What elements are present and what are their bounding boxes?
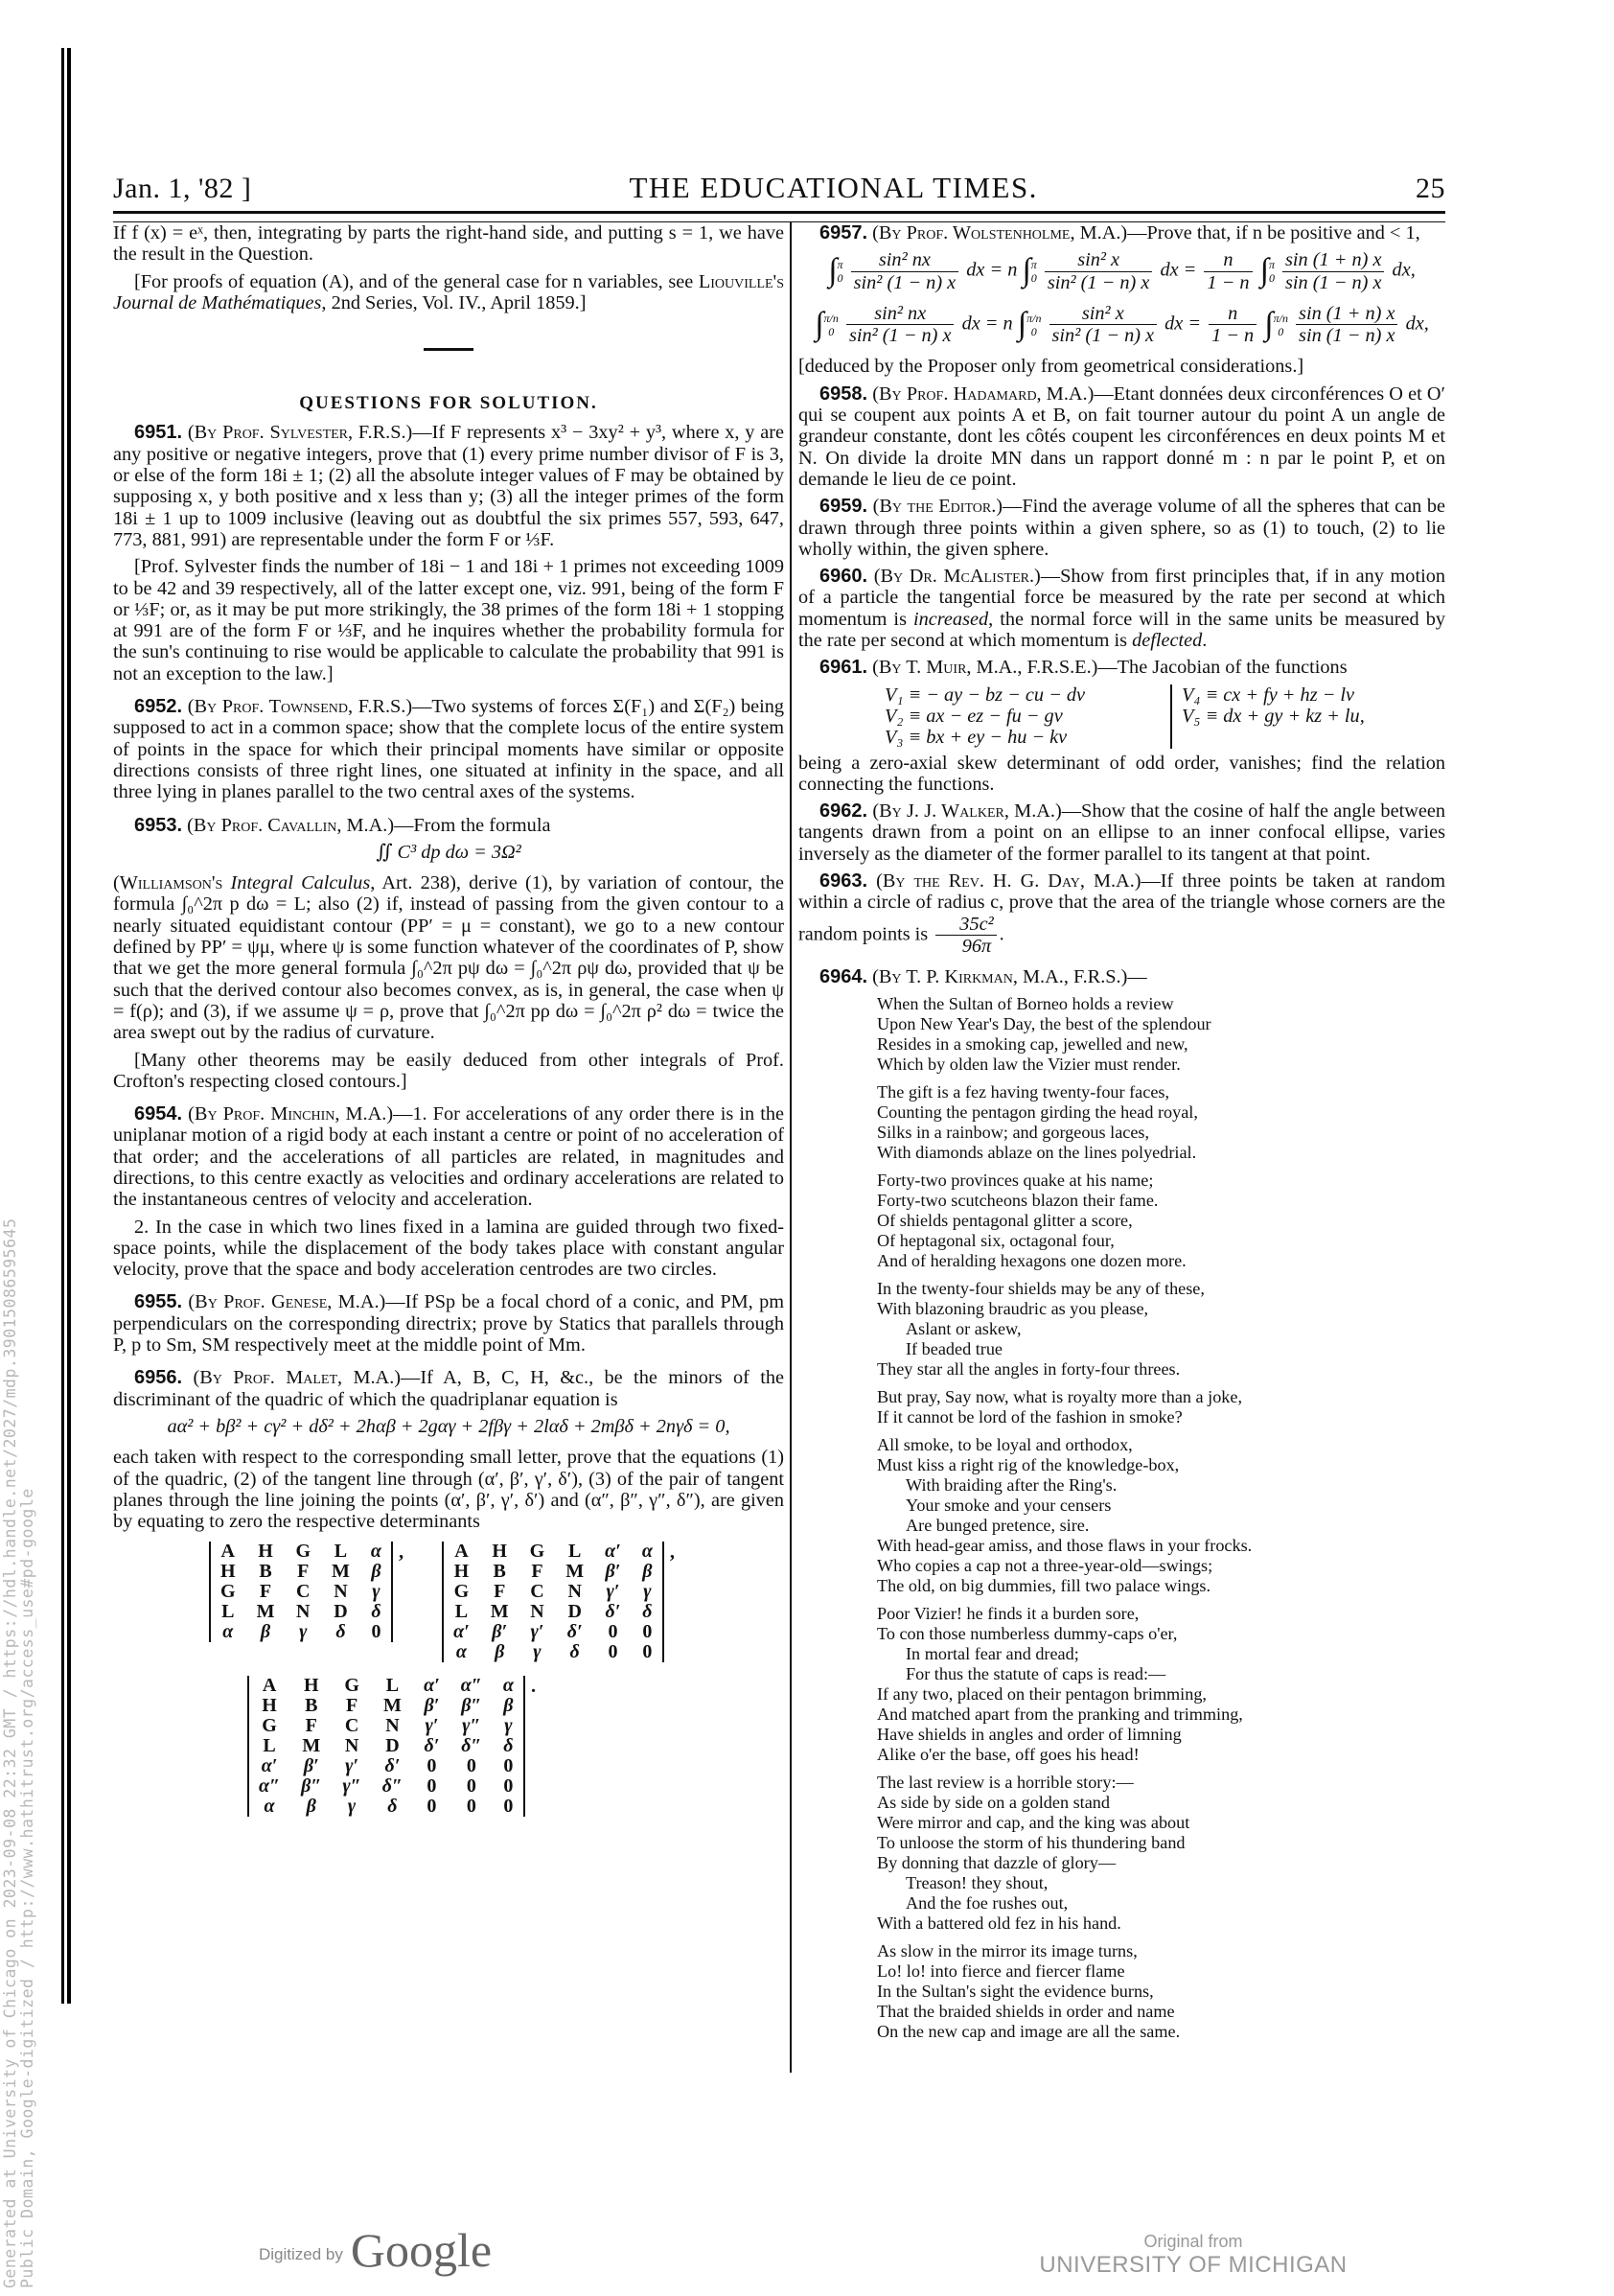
- poem-line: Alike o'er the base, off goes his head!: [877, 1745, 1445, 1765]
- poem-line: As side by side on a golden stand: [877, 1793, 1445, 1813]
- determinant-cell: α′: [424, 1676, 440, 1696]
- digitized-by-google: Digitized by Google: [259, 2222, 492, 2278]
- determinant-cell: M: [382, 1696, 403, 1716]
- poem-line: Lo! lo! into fierce and fiercer flame: [877, 1961, 1445, 1982]
- determinant-cell: 0: [461, 1756, 482, 1776]
- determinant-cell: C: [530, 1582, 545, 1602]
- question-6961: 6961. (By T. Muir, M.A., F.R.S.E.)—The J…: [798, 657, 1445, 678]
- determinant-cell: M: [491, 1602, 509, 1622]
- poem-stanza: The gift is a fez having twenty-four fac…: [877, 1082, 1445, 1163]
- question-6953: 6953. (By Prof. Cavallin, M.A.)—From the…: [113, 815, 784, 836]
- determinant-cell: N: [530, 1602, 545, 1622]
- determinant-cell: M: [565, 1562, 584, 1582]
- determinant-cell: 0: [503, 1776, 514, 1797]
- poem-line: The last review is a horrible story:—: [877, 1773, 1445, 1793]
- poem-line: All smoke, to be loyal and orthodox,: [877, 1435, 1445, 1455]
- determinant-cell: β′: [605, 1562, 621, 1582]
- original-source: Original from UNIVERSITY OF MICHIGAN: [1016, 2232, 1371, 2279]
- poem-line: In the Sultan's sight the evidence burns…: [877, 1982, 1445, 2002]
- poem-line: The old, on big dummies, fill two palace…: [877, 1576, 1445, 1596]
- determinant-cell: β: [257, 1622, 275, 1642]
- quadric-equation: aα² + bβ² + cγ² + dδ² + 2hαβ + 2gαγ + 2f…: [113, 1416, 784, 1437]
- determinant-cell: γ′: [342, 1756, 360, 1776]
- poem-line: But pray, Say now, what is royalty more …: [877, 1387, 1445, 1407]
- poem-line: Silks in a rainbow; and gorgeous laces,: [877, 1123, 1445, 1143]
- determinant-cell: γ: [642, 1582, 653, 1602]
- determinant-cell: α′: [453, 1622, 470, 1642]
- determinant-cell: β″: [301, 1776, 321, 1797]
- determinant-cell: F: [301, 1716, 321, 1736]
- determinant-cell: γ: [371, 1582, 381, 1602]
- poem-line: With braiding after the Ring's.: [877, 1475, 1445, 1496]
- determinant-cell: β: [642, 1562, 653, 1582]
- determinant-cell: D: [332, 1602, 350, 1622]
- determinant-cell: 0: [642, 1622, 653, 1642]
- issue-date: Jan. 1, '82 ]: [113, 173, 251, 205]
- determinant-cell: γ: [530, 1642, 545, 1662]
- poem-line: Must kiss a right rig of the knowledge-b…: [877, 1455, 1445, 1475]
- determinant-cell: α′: [605, 1542, 621, 1562]
- determinant-cell: α″: [259, 1776, 280, 1797]
- determinant-cell: 0: [605, 1642, 621, 1662]
- left-column: If f (x) = eˣ, then, integrating by part…: [113, 222, 784, 1817]
- poem-line: Your smoke and your censers: [877, 1496, 1445, 1516]
- determinant-cell: β′: [491, 1622, 509, 1642]
- poem-line: In mortal fear and dread;: [877, 1644, 1445, 1664]
- poem-line: And of heralding hexagons one dozen more…: [877, 1251, 1445, 1271]
- determinant-cell: A: [259, 1676, 280, 1696]
- determinant-cell: 0: [371, 1622, 381, 1642]
- determinant-cell: γ″: [461, 1716, 482, 1736]
- determinant-cell: 0: [503, 1756, 514, 1776]
- integral-equation-2: ∫π/n0 sin² nxsin² (1 − n) x dx = n ∫π/n0…: [798, 303, 1445, 347]
- functions-right: V₄ ≡ cx + fy + hz − lv V₅ ≡ dx + gy + kz…: [1172, 684, 1460, 749]
- determinant-cell: δ″: [382, 1776, 403, 1797]
- watermark-line-1: Generated at University of Chicago on 20…: [1, 1218, 19, 2288]
- watermark-line-2: Public Domain, Google-digitized / http:/…: [18, 1488, 36, 2288]
- determinant-cell: M: [332, 1562, 350, 1582]
- determinant-cell: δ: [382, 1797, 403, 1817]
- determinant-cell: δ: [332, 1622, 350, 1642]
- poem-line: The gift is a fez having twenty-four fac…: [877, 1082, 1445, 1102]
- determinant-cell: G: [295, 1542, 311, 1562]
- determinant-cell: δ′: [382, 1756, 403, 1776]
- poem-line: With diamonds ablaze on the lines polyed…: [877, 1143, 1445, 1163]
- poem-line: And the foe rushes out,: [877, 1893, 1445, 1913]
- determinant-cell: G: [342, 1676, 360, 1696]
- poem-line: For thus the statute of caps is read:—: [877, 1664, 1445, 1684]
- question-6963: 6963. (By the Rev. H. G. Day, M.A.)—If t…: [798, 870, 1445, 957]
- determinant-cell: B: [491, 1562, 509, 1582]
- determinant-cell: β′: [424, 1696, 440, 1716]
- determinant-cell: β: [371, 1562, 381, 1582]
- determinant-cell: H: [220, 1562, 236, 1582]
- poem-line: Of heptagonal six, octagonal four,: [877, 1231, 1445, 1251]
- question-6952: 6952. (By Prof. Townsend, F.R.S.)—Two sy…: [113, 696, 784, 802]
- poem-line: Resides in a smoking cap, jewelled and n…: [877, 1034, 1445, 1055]
- determinant-cell: 0: [424, 1756, 440, 1776]
- poem-line: And matched apart from the pranking and …: [877, 1705, 1445, 1725]
- poem-line: Were mirror and cap, and the king was ab…: [877, 1813, 1445, 1833]
- poem: When the Sultan of Borneo holds a review…: [877, 994, 1445, 2042]
- determinant-cell: γ: [503, 1716, 514, 1736]
- determinant-cell: H: [259, 1696, 280, 1716]
- determinant-cell: β: [301, 1797, 321, 1817]
- question-6956-body: each taken with respect to the correspon…: [113, 1447, 784, 1532]
- determinant-cell: G: [453, 1582, 470, 1602]
- poem-line: By donning that dazzle of glory—: [877, 1853, 1445, 1873]
- determinant-cell: F: [530, 1562, 545, 1582]
- determinant-cell: γ′: [530, 1622, 545, 1642]
- question-6959: 6959. (By the Editor.)—Find the average …: [798, 496, 1445, 560]
- poem-line: With a battered old fez in his hand.: [877, 1913, 1445, 1934]
- publication-title: THE EDUCATIONAL TIMES.: [629, 171, 1038, 205]
- integral-equation-1: ∫π0 sin² nxsin² (1 − n) x dx = n ∫π0 sin…: [798, 249, 1445, 293]
- poem-stanza: The last review is a horrible story:—As …: [877, 1773, 1445, 1934]
- determinant-cell: α: [503, 1676, 514, 1696]
- question-6957: 6957. (By Prof. Wolstenholme, M.A.)—Prov…: [798, 222, 1445, 244]
- determinant-cell: L: [332, 1542, 350, 1562]
- determinant-grid: AHGLα′α″αHBFMβ′β″βGFCNγ′γ″γLMNDδ′δ″δα′β′…: [247, 1676, 525, 1817]
- page-header: Jan. 1, '82 ] THE EDUCATIONAL TIMES. 25: [113, 171, 1445, 205]
- google-logo: Google: [351, 2222, 492, 2278]
- formula-double-integral: ∬ C³ dp dω = 3Ω²: [113, 842, 784, 863]
- determinant-cell: β: [491, 1642, 509, 1662]
- determinant-cell: α″: [461, 1676, 482, 1696]
- determinant-cell: F: [257, 1582, 275, 1602]
- column-divider: [790, 222, 792, 2073]
- determinant-cell: L: [220, 1602, 236, 1622]
- determinant-1: AHGLαHBFMβGFCNγLMNDδαβγδ0 ,: [209, 1542, 403, 1662]
- determinant-cell: δ: [565, 1642, 584, 1662]
- poem-line: Forty-two provinces quake at his name;: [877, 1171, 1445, 1191]
- determinant-cell: 0: [424, 1797, 440, 1817]
- determinant-cell: D: [382, 1736, 403, 1756]
- determinant-cell: C: [342, 1716, 360, 1736]
- determinant-cell: δ′: [605, 1602, 621, 1622]
- determinant-cell: F: [491, 1582, 509, 1602]
- poem-line: They star all the angles in forty-four t…: [877, 1359, 1445, 1380]
- question-6951: 6951. (By Prof. Sylvester, F.R.S.)—If F …: [113, 422, 784, 550]
- poem-line: Aslant or askew,: [877, 1319, 1445, 1339]
- area-fraction: 35c²96π: [935, 914, 996, 958]
- determinant-cell: F: [295, 1562, 311, 1582]
- poem-stanza: All smoke, to be loyal and orthodox,Must…: [877, 1435, 1445, 1596]
- poem-line: To unloose the storm of his thundering b…: [877, 1833, 1445, 1853]
- question-6964: 6964. (By T. P. Kirkman, M.A., F.R.S.)—: [798, 966, 1445, 987]
- determinant-cell: 0: [461, 1776, 482, 1797]
- page-number: 25: [1416, 173, 1445, 205]
- determinant-2: AHGLα′αHBFMβ′βGFCNγ′γLMNDδ′δα′β′γ′δ′00αβ…: [442, 1542, 675, 1662]
- poem-line: In the twenty-four shields may be any of…: [877, 1279, 1445, 1299]
- question-6957-note: [deduced by the Proposer only from geome…: [798, 356, 1445, 377]
- determinant-cell: L: [382, 1676, 403, 1696]
- poem-line: As slow in the mirror its image turns,: [877, 1941, 1445, 1961]
- determinant-cell: β′: [301, 1756, 321, 1776]
- determinant-cell: δ′: [565, 1622, 584, 1642]
- header-rule: [113, 211, 1445, 222]
- determinant-3: AHGLα′α″αHBFMβ′β″βGFCNγ′γ″γLMNDδ′δ″δα′β′…: [247, 1676, 536, 1817]
- functions-left: V₁ ≡ − ay − bz − cu − dv V₂ ≡ ax − ez − …: [885, 684, 1172, 749]
- determinant-cell: N: [295, 1602, 311, 1622]
- poem-stanza: When the Sultan of Borneo holds a review…: [877, 994, 1445, 1075]
- determinant-cell: α: [220, 1622, 236, 1642]
- poem-line: Are bunged pretence, sire.: [877, 1516, 1445, 1536]
- hathitrust-watermark: Generated at University of Chicago on 20…: [0, 0, 44, 2296]
- determinant-cell: D: [565, 1602, 584, 1622]
- determinant-cell: γ′: [424, 1716, 440, 1736]
- question-6953-body: (Williamson's Integral Calculus, Art. 23…: [113, 872, 784, 1043]
- determinant-cell: G: [220, 1582, 236, 1602]
- poem-line: Which by olden law the Vizier must rende…: [877, 1055, 1445, 1075]
- question-6956: 6956. (By Prof. Malet, M.A.)—If A, B, C,…: [113, 1367, 784, 1410]
- determinant-cell: N: [565, 1582, 584, 1602]
- question-6958: 6958. (By Prof. Hadamard, M.A.)—Etant do…: [798, 383, 1445, 490]
- poem-line: With blazoning braudric as you please,: [877, 1299, 1445, 1319]
- determinant-cell: α: [642, 1542, 653, 1562]
- question-6960: 6960. (By Dr. McAlister.)—Show from firs…: [798, 566, 1445, 651]
- determinant-cell: 0: [605, 1622, 621, 1642]
- determinant-cell: γ′: [605, 1582, 621, 1602]
- question-6962: 6962. (By J. J. Walker, M.A.)—Show that …: [798, 800, 1445, 865]
- intro-reference: [For proofs of equation (A), and of the …: [113, 271, 784, 314]
- determinant-cell: γ″: [342, 1776, 360, 1797]
- determinant-cell: L: [259, 1736, 280, 1756]
- jacobian-functions: V₁ ≡ − ay − bz − cu − dv V₂ ≡ ax − ez − …: [885, 684, 1445, 749]
- determinant-cell: δ: [371, 1602, 381, 1622]
- determinant-cell: β″: [461, 1696, 482, 1716]
- poem-stanza: As slow in the mirror its image turns,Lo…: [877, 1941, 1445, 2042]
- question-6951-note: [Prof. Sylvester finds the number of 18i…: [113, 556, 784, 684]
- poem-line: With head-gear amiss, and those flaws in…: [877, 1536, 1445, 1556]
- question-6954: 6954. (By Prof. Minchin, M.A.)—1. For ac…: [113, 1103, 784, 1210]
- determinant-cell: δ: [503, 1736, 514, 1756]
- determinant-cell: δ″: [461, 1736, 482, 1756]
- determinant-grid: AHGLαHBFMβGFCNγLMNDδαβγδ0: [209, 1542, 393, 1642]
- poem-line: Treason! they shout,: [877, 1873, 1445, 1893]
- determinant-cell: L: [565, 1542, 584, 1562]
- determinant-cell: γ: [295, 1622, 311, 1642]
- poem-line: Poor Vizier! he finds it a burden sore,: [877, 1604, 1445, 1624]
- determinant-cell: α: [453, 1642, 470, 1662]
- page-binding-edge: [61, 48, 71, 2004]
- poem-line: When the Sultan of Borneo holds a review: [877, 994, 1445, 1014]
- question-6954-part-2: 2. In the case in which two lines fixed …: [113, 1217, 784, 1281]
- determinant-cell: N: [342, 1736, 360, 1756]
- determinant-cell: H: [301, 1676, 321, 1696]
- determinant-cell: α: [259, 1797, 280, 1817]
- determinant-cell: 0: [424, 1776, 440, 1797]
- poem-line: If it cannot be lord of the fashion in s…: [877, 1407, 1445, 1427]
- poem-line: If beaded true: [877, 1339, 1445, 1359]
- poem-stanza: In the twenty-four shields may be any of…: [877, 1279, 1445, 1380]
- intro-paragraph: If f (x) = eˣ, then, integrating by part…: [113, 222, 784, 266]
- determinant-cell: N: [382, 1716, 403, 1736]
- determinant-cell: α: [371, 1542, 381, 1562]
- determinant-cell: G: [259, 1716, 280, 1736]
- determinant-cell: δ: [642, 1602, 653, 1622]
- determinant-cell: γ: [342, 1797, 360, 1817]
- poem-line: That the braided shields in order and na…: [877, 2002, 1445, 2022]
- determinant-cell: 0: [461, 1797, 482, 1817]
- determinant-cell: A: [453, 1542, 470, 1562]
- section-title: QUESTIONS FOR SOLUTION.: [113, 393, 784, 414]
- poem-line: Have shields in angles and order of limn…: [877, 1725, 1445, 1745]
- poem-line: To con those numberless dummy-caps o'er,: [877, 1624, 1445, 1644]
- determinant-cell: A: [220, 1542, 236, 1562]
- poem-line: Of shields pentagonal glitter a score,: [877, 1211, 1445, 1231]
- question-6961-body: being a zero-axial skew determinant of o…: [798, 753, 1445, 796]
- determinant-cell: B: [257, 1562, 275, 1582]
- question-6955: 6955. (By Prof. Genese, M.A.)—If PSp be …: [113, 1291, 784, 1356]
- determinant-cell: H: [491, 1542, 509, 1562]
- poem-line: Upon New Year's Day, the best of the spl…: [877, 1014, 1445, 1034]
- determinant-cell: α′: [259, 1756, 280, 1776]
- right-column: 6957. (By Prof. Wolstenholme, M.A.)—Prov…: [798, 222, 1445, 2050]
- determinant-cell: M: [257, 1602, 275, 1622]
- determinant-cell: H: [257, 1542, 275, 1562]
- determinant-cell: B: [301, 1696, 321, 1716]
- determinant-cell: δ′: [424, 1736, 440, 1756]
- determinants-row: AHGLαHBFMβGFCNγLMNDδαβγδ0 , AHGLα′αHBFMβ…: [209, 1542, 784, 1662]
- determinant-cell: H: [453, 1562, 470, 1582]
- determinant-cell: C: [295, 1582, 311, 1602]
- poem-line: Counting the pentagon girding the head r…: [877, 1102, 1445, 1123]
- determinant-cell: 0: [503, 1797, 514, 1817]
- determinant-grid: AHGLα′αHBFMβ′βGFCNγ′γLMNDδ′δα′β′γ′δ′00αβ…: [442, 1542, 664, 1662]
- question-6953-note: [Many other theorems may be easily deduc…: [113, 1050, 784, 1093]
- determinant-cell: G: [530, 1542, 545, 1562]
- determinant-cell: β: [503, 1696, 514, 1716]
- poem-stanza: Poor Vizier! he finds it a burden sore,T…: [877, 1604, 1445, 1765]
- poem-line: If any two, placed on their pentagon bri…: [877, 1684, 1445, 1705]
- poem-line: Who copies a cap not a three-year-old—sw…: [877, 1556, 1445, 1576]
- poem-line: Forty-two scutcheons blazon their fame.: [877, 1191, 1445, 1211]
- determinant-cell: F: [342, 1696, 360, 1716]
- determinant-cell: 0: [642, 1642, 653, 1662]
- determinant-cell: N: [332, 1582, 350, 1602]
- poem-stanza: But pray, Say now, what is royalty more …: [877, 1387, 1445, 1427]
- determinant-cell: M: [301, 1736, 321, 1756]
- determinant-cell: L: [453, 1602, 470, 1622]
- poem-line: On the new cap and image are all the sam…: [877, 2022, 1445, 2042]
- poem-stanza: Forty-two provinces quake at his name;Fo…: [877, 1171, 1445, 1271]
- section-rule: [424, 348, 473, 351]
